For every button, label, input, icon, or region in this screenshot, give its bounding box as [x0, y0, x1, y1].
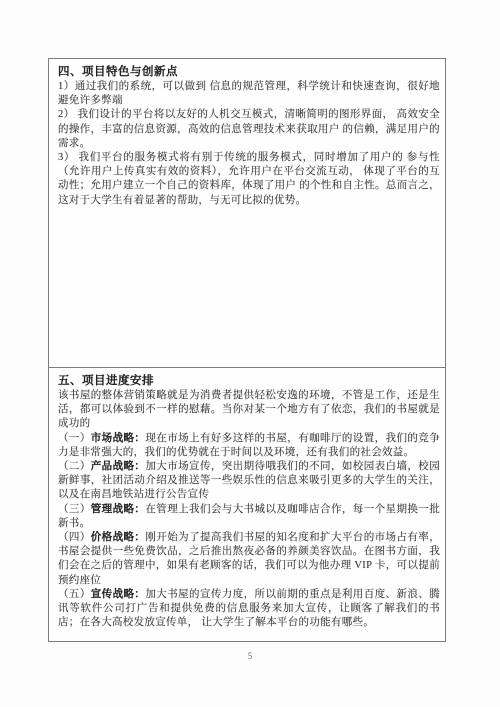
- text-run: 该书屋的整体营销策略就是为消费者提供轻松安逸的环境，不管是工作，还是生活，都可以…: [58, 390, 440, 429]
- page-number: 5: [0, 651, 500, 661]
- scanned-document-page: 四、项目特色与创新点 1）通过我们的系统，可以做到 信息的规范管理，科学统计和快…: [0, 0, 500, 707]
- paragraph: （五）宣传战略：加大书屋的宣传力度，所以前期的重点是利用百度、新浪、腾讯等软件公…: [58, 588, 440, 631]
- section-title-schedule: 五、项目进度安排: [58, 374, 440, 389]
- section-title-features: 四、项目特色与创新点: [58, 65, 440, 80]
- paragraph: 该书屋的整体营销策略就是为消费者提供轻松安逸的环境，不管是工作，还是生活，都可以…: [58, 389, 440, 432]
- paragraph: （二）产品战略：加大市场宣传，突出期待哦我们的不同，如校园表白墙，校园新鲜事，社…: [58, 460, 440, 503]
- text-run: （一）: [58, 433, 91, 444]
- strategy-label: 市场战略：: [91, 433, 146, 444]
- text-run: 2） 我们设计的平台将以友好的人机交互模式，清晰简明的图形界面， 高效安全的操作…: [58, 109, 440, 148]
- text-run: （四）: [58, 532, 91, 543]
- text-run: （二）: [58, 461, 91, 472]
- strategy-label: 管理战略：: [91, 504, 146, 515]
- strategy-label: 宣传战略：: [91, 589, 146, 600]
- section-paragraphs-schedule: 该书屋的整体营销策略就是为消费者提供轻松安逸的环境，不管是工作，还是生活，都可以…: [58, 389, 440, 630]
- text-run: （五）: [58, 589, 91, 600]
- strategy-label: 价格战略：: [91, 532, 146, 543]
- paragraph: 2） 我们设计的平台将以友好的人机交互模式，清晰简明的图形界面， 高效安全的操作…: [58, 108, 440, 151]
- paragraph: （三）管理战略：在管理上我们会与大书城以及咖啡店合作，每一个星期换一批新书。: [58, 503, 440, 531]
- strategy-label: 产品战略：: [91, 461, 146, 472]
- paragraph: 1）通过我们的系统，可以做到 信息的规范管理，科学统计和快速查询，很好地避免许多…: [58, 80, 440, 108]
- paragraph: 3） 我们平台的服务模式将有别于传统的服务模式，同时增加了用户的 参与性（允许用…: [58, 151, 440, 208]
- text-run: 3） 我们平台的服务模式将有别于传统的服务模式，同时增加了用户的 参与性（允许用…: [58, 152, 440, 206]
- section-cell-schedule: 五、项目进度安排 该书屋的整体营销策略就是为消费者提供轻松安逸的环境，不管是工作…: [49, 368, 445, 641]
- proposal-table: 四、项目特色与创新点 1）通过我们的系统，可以做到 信息的规范管理，科学统计和快…: [48, 58, 446, 642]
- section-paragraphs-features: 1）通过我们的系统，可以做到 信息的规范管理，科学统计和快速查询，很好地避免许多…: [58, 80, 440, 208]
- text-run: （三）: [58, 504, 91, 515]
- paragraph: （四）价格战略：刚开始为了提高我们书屋的知名度和扩大平台的市场占有率，书屋会提供…: [58, 531, 440, 588]
- text-run: 1）通过我们的系统，可以做到 信息的规范管理，科学统计和快速查询，很好地避免许多…: [58, 81, 440, 106]
- section-cell-features: 四、项目特色与创新点 1）通过我们的系统，可以做到 信息的规范管理，科学统计和快…: [49, 59, 445, 368]
- paragraph: （一）市场战略：现在市场上有好多这样的书屋，有咖啡厅的设置，我们的竞争力是非常强…: [58, 432, 440, 460]
